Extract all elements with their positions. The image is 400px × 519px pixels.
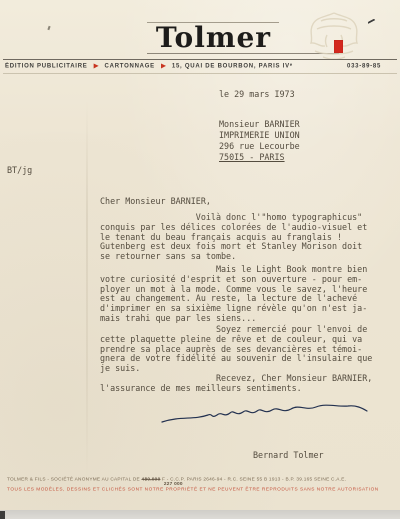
scanned-letter: Tolmer ÉDITION PUBLICITAIRE ▶ CARTONNAGE… [0,0,400,519]
arrow-icon: ▶ [90,62,102,69]
salutation: Cher Monsieur BARNIER, [100,197,211,207]
service-cartonnage: CARTONNAGE [105,62,155,69]
footer-legal-line: TOLMER & FILS - SOCIÉTÉ ANONYME AU CAPIT… [7,477,398,482]
embossed-crest-logo [303,9,365,61]
scan-corner-mark [0,511,5,519]
letterhead-address: 15, QUAI DE BOURBON, PARIS IVᵉ [172,62,293,69]
letterhead-brand: Tolmer [146,23,281,53]
service-edition-publicitaire: ÉDITION PUBLICITAIRE [5,62,88,69]
recipient-block: Monsieur BARNIER IMPRIMERIE UNION 296 ru… [219,119,300,152]
scanner-background [0,510,400,519]
services-top-rule [3,59,397,60]
signature-scrawl [158,398,370,428]
signer-name: Bernard Tolmer [253,451,324,461]
paragraph-3: Soyez remercié pour l'envoi de cette pla… [100,325,372,374]
paragraph-1: Voilà donc l'"homo typographicus" conqui… [100,213,367,262]
logo-red-square [334,40,343,53]
footer-rights-line: TOUS LES MODÈLES, DESSINS ET CLICHÉS SON… [7,487,398,492]
footer-capital-old: 480.000 [142,477,161,482]
paragraph-2: Mais le Light Book montre bien votre cur… [100,265,367,324]
arrow-icon: ▶ [157,62,169,69]
scan-speck [47,26,50,30]
date-line: le 29 mars I973 [219,90,295,100]
closing-block: Recevez, Cher Monsieur BARNIER, l'assura… [100,374,372,394]
phone-number: 033-89-85 [347,62,381,69]
services-line: ÉDITION PUBLICITAIRE ▶ CARTONNAGE ▶ 15, … [5,62,350,69]
footer-legal-suffix: F - C.C.P. PARIS 2646-94 - R.C. SEINE 55… [160,477,346,482]
paper-crease [86,100,88,480]
services-bottom-rule [3,73,397,74]
pen-check-mark [367,18,376,26]
typist-reference: BT/jg [7,166,32,176]
letter-paper: Tolmer ÉDITION PUBLICITAIRE ▶ CARTONNAGE… [0,0,400,510]
recipient-city: 750I5 - PARIS [219,153,285,163]
footer-capital-new: 227 000 [164,481,183,486]
footer-legal-prefix: TOLMER & FILS - SOCIÉTÉ ANONYME AU CAPIT… [7,477,142,482]
